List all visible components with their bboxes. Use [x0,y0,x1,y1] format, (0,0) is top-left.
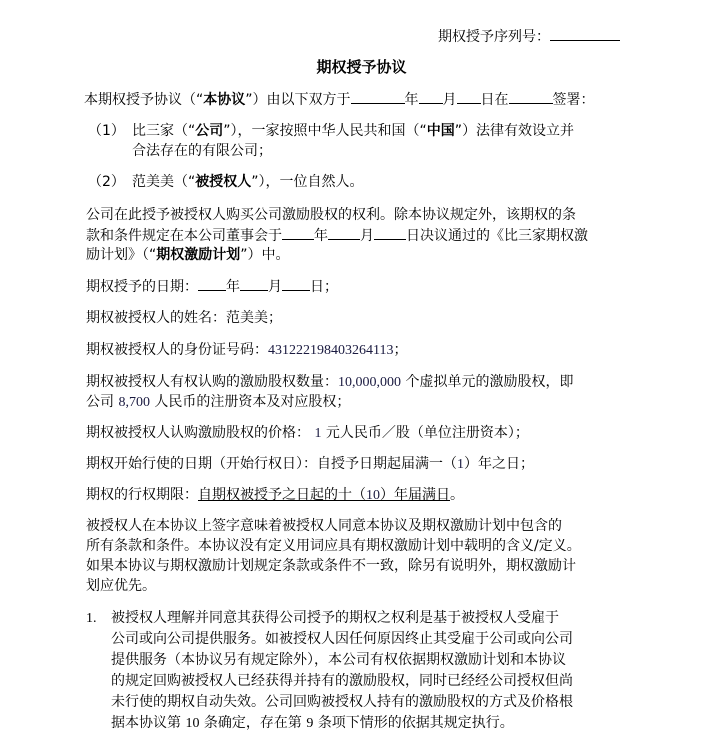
term-text: 自期权被授予之日起的十（ [198,487,366,503]
party-mid: ），一家按照中华人民共和国（ [231,123,420,139]
grant-text: 日决议通过的《比三家期权激 [406,228,588,244]
clause-1-line-6: 据本协议第 10 条确定，存在第 9 条项下情形的依据其规定执行。 [111,713,514,734]
start-date-line: 期权开始行使的日期（开始行权日）：自授予日期起届满一（1）年之日； [86,454,534,475]
quote-close: ” [245,92,252,108]
clause-ref-9: 9 [306,716,313,731]
intro-prefix: 本期权授予协议（ [84,92,196,108]
party-index: （2） [88,172,132,192]
grantee-name-line: 期权被授权人的姓名：范美美； [86,308,282,328]
party-end: ），一位自然人。 [259,174,364,190]
party-1-line-2: 合法存在的有限公司； [132,141,272,161]
start-date-rest: ）年之日； [464,456,534,472]
quote-close: ” [223,123,230,139]
price-label: 期权被授权人认购激励股权的价格： [86,425,310,441]
exercise-term-value: 自期权被授予之日起的十（10）年届满日 [198,487,450,503]
party-1: （1）比三家（“公司”），一家按照中华人民共和国（“中国”）法律有效设立并 [88,121,574,141]
intro-year-blank [351,89,405,104]
defined-term-grantee: 被授权人 [195,174,251,190]
id-number-label: 期权被授权人的身份证号码： [86,342,268,358]
intro-month-blank [419,89,443,104]
punctuation: 。 [450,487,464,503]
party-index: （1） [88,121,132,141]
grantee-name-value: 范美美； [226,310,282,326]
term-years: 10 [366,488,380,503]
capital-value: 8,700 [118,395,150,410]
party-name: 比三家（ [132,123,188,139]
grant-text: ）中。 [248,247,290,263]
exercise-term-line: 期权的行权期限：自期权被授予之日起的十（10）年届满日。 [86,485,464,506]
intro-month: 月 [443,92,457,108]
intro-middle: ）由以下双方于 [253,92,351,108]
price-value: 1 [314,426,321,441]
intro-place-blank [509,89,553,104]
board-year-blank [282,225,314,240]
clause-text: 条项下情形的依据其规定执行。 [318,715,514,731]
start-date-years: 1 [457,457,464,472]
grant-paragraph-line-1: 公司在此授予被授权人购买公司激励股权的权利。除本协议规定外，该期权的条 [86,205,576,225]
clause-1-line-5: 未行使的期权自动失效。公司回购被授权人持有的激励股权的方式及价格根 [111,692,573,713]
intro-year: 年 [405,92,419,108]
grant-text: 励计划》（ [86,247,149,263]
party-end: ）法律有效设立并 [462,123,574,139]
defined-term-plan: 期权激励计划 [156,247,240,263]
party-2: （2）范美美（“被授权人”），一位自然人。 [88,172,364,192]
party-name: 范美美（ [132,174,188,190]
acceptance-line-1: 被授权人在本协议上签字意味着被授权人同意本协议及期权激励计划中包含的 [86,516,562,536]
grant-year: 年 [226,279,240,295]
defined-term-company: 公司 [195,123,223,139]
clause-1-line-2: 公司或向公司提供服务。如被授权人因任何原因终止其受雇于公司或向公司 [111,629,573,650]
acceptance-line-3: 如果本协议与期权激励计划规定条款或条件不一致，除另有说明外，期权激励计 [86,556,576,576]
quote-close: ” [240,247,247,263]
price-line: 期权被授权人认购激励股权的价格： 1 元人民币／股（单位注册资本）； [86,423,529,444]
quantity-value: 10,000,000 [338,375,401,390]
term-text: ）年届满日 [380,487,450,503]
intro-sign: 签署： [553,92,595,108]
punctuation: ； [393,342,407,358]
intro-day-blank [457,89,481,104]
grant-paragraph-line-2: 款和条件规定在本公司董事会于年月日决议通过的《比三家期权激 [86,225,588,246]
quantity-line-2: 公司 8,700 人民币的注册资本及对应股权； [86,392,350,413]
clause-text: 条确定，存在第 [204,715,302,731]
quote-close: ” [251,174,258,190]
quantity-rest: 个虚拟单元的激励股权，即 [405,374,573,390]
price-rest: 元人民币／股（单位注册资本）； [326,425,529,441]
grant-day-blank [282,276,310,291]
grant-month-blank [240,276,268,291]
grant-year-blank [198,276,226,291]
defined-term-agreement: 本协议 [203,92,245,108]
quantity-line-1: 期权被授权人有权认购的激励股权数量：10,000,000 个虚拟单元的激励股权，… [86,372,573,393]
grant-date-line: 期权授予的日期：年月日； [86,276,338,297]
grantee-name-label: 期权被授权人的姓名： [86,310,226,326]
clause-text: 据本协议第 [111,715,181,731]
intro-day: 日在 [481,92,509,108]
serial-number-label: 期权授予序列号： [438,29,550,45]
acceptance-line-4: 划应优先。 [86,576,156,596]
clause-1-line-3: 提供服务（本协议另有规定除外），本公司有权依据期权激励计划和本协议 [111,650,566,671]
grant-paragraph-line-3: 励计划》（“期权激励计划”）中。 [86,245,290,265]
clause-ref-10: 10 [185,716,199,731]
document-title: 期权授予协议 [0,57,723,77]
intro-line: 本期权授予协议（“本协议”）由以下双方于年月日在签署： [84,89,595,110]
board-month-blank [328,225,360,240]
start-date-label: 期权开始行使的日期（开始行权日）：自授予日期起届满一（ [86,456,457,472]
capital-prefix: 公司 [86,394,114,410]
defined-term-china: 中国 [427,123,455,139]
quantity-label: 期权被授权人有权认购的激励股权数量： [86,374,338,390]
quote-open: “ [420,123,427,139]
id-number-line: 期权被授权人的身份证号码：431222198403264113； [86,340,407,361]
board-month: 月 [360,228,374,244]
exercise-term-label: 期权的行权期限： [86,487,198,503]
grant-month: 月 [268,279,282,295]
board-day-blank [374,225,406,240]
capital-rest: 人民币的注册资本及对应股权； [154,394,350,410]
quote-close: ” [455,123,462,139]
clause-1-line-1: 被授权人理解并同意其获得公司授予的期权之权利是基于被授权人受雇于 [111,608,559,629]
id-number-value: 431222198403264113 [268,343,393,358]
grant-day: 日； [310,279,338,295]
board-year: 年 [314,228,328,244]
grant-text: 款和条件规定在本公司董事会于 [86,228,282,244]
serial-number-blank [550,26,620,41]
acceptance-line-2: 所有条款和条件。本协议没有定义用词应具有期权激励计划中载明的含义/定义。 [86,536,581,556]
grant-date-label: 期权授予的日期： [86,279,198,295]
clause-1-line-4: 的规定回购被授权人已经获得并持有的激励股权，同时已经经公司授权但尚 [111,671,573,692]
serial-number-line: 期权授予序列号： [438,26,620,47]
clause-number: 1. [86,608,97,629]
